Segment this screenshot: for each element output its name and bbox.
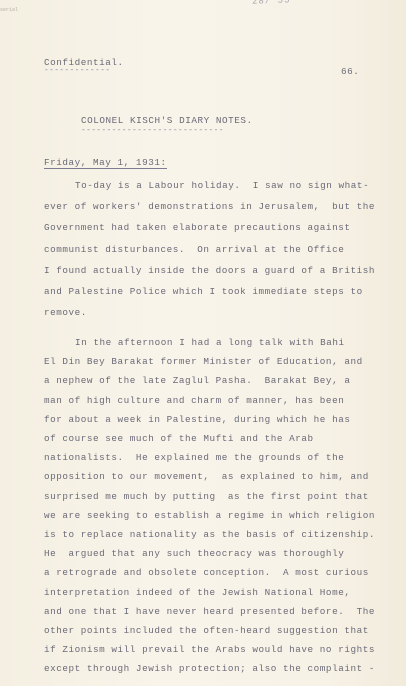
page-number: 66. xyxy=(341,66,359,77)
text-line: of course see much of the Mufti and the … xyxy=(44,433,314,444)
document-title: COLONEL KISCH'S DIARY NOTES. xyxy=(81,115,253,126)
text-line: and Palestine Police which I took immedi… xyxy=(44,286,363,297)
text-line: and one that I have never heard presente… xyxy=(44,606,375,617)
text-line: In the afternoon I had a long talk with … xyxy=(75,337,345,348)
text-line: interpretation indeed of the Jewish Nati… xyxy=(44,587,350,598)
text-line: communist disturbances. On arrival at th… xyxy=(44,244,344,255)
text-line: we are seeking to establish a regime in … xyxy=(44,510,375,521)
margin-note: serial xyxy=(0,7,18,13)
text-line: for about a week in Palestine, during wh… xyxy=(44,414,350,425)
text-line: opposition to our movement, as explained… xyxy=(44,471,369,482)
text-line: To-day is a Labour holiday. I saw no sig… xyxy=(75,180,369,191)
text-line: except through Jewish protection; also t… xyxy=(44,663,375,674)
text-line: remove. xyxy=(44,307,87,318)
text-line: ever of workers' demonstrations in Jerus… xyxy=(44,201,375,212)
text-line: El Din Bey Barakat former Minister of Ed… xyxy=(44,356,363,367)
text-line: if Zionism will prevail the Arabs would … xyxy=(44,644,375,655)
title-underline: ---------------------------- xyxy=(81,126,224,135)
text-line: Government had taken elaborate precautio… xyxy=(44,222,350,233)
text-line: He argued that any such theocracy was th… xyxy=(44,548,344,559)
text-line: surprised me much by putting as the firs… xyxy=(44,491,369,502)
classification-underline: ------------- xyxy=(44,66,110,75)
text-line: is to replace nationality as the basis o… xyxy=(44,529,375,540)
text-line: a nephew of the late Zaglul Pasha. Barak… xyxy=(44,375,350,386)
text-line: other points included the often-heard su… xyxy=(44,625,369,636)
text-line: a retrograde and obsolete conception. A … xyxy=(44,567,369,578)
text-line: nationalists. He explained me the ground… xyxy=(44,452,344,463)
archive-stamp: 28/ 55 xyxy=(252,0,291,7)
text-line: man of high culture and charm of manner,… xyxy=(44,395,344,406)
document-page: 28/ 55 serial Confidential. ------------… xyxy=(0,0,406,686)
text-line: I found actually inside the doors a guar… xyxy=(44,265,375,276)
entry-date: Friday, May 1, 1931: xyxy=(44,157,167,169)
